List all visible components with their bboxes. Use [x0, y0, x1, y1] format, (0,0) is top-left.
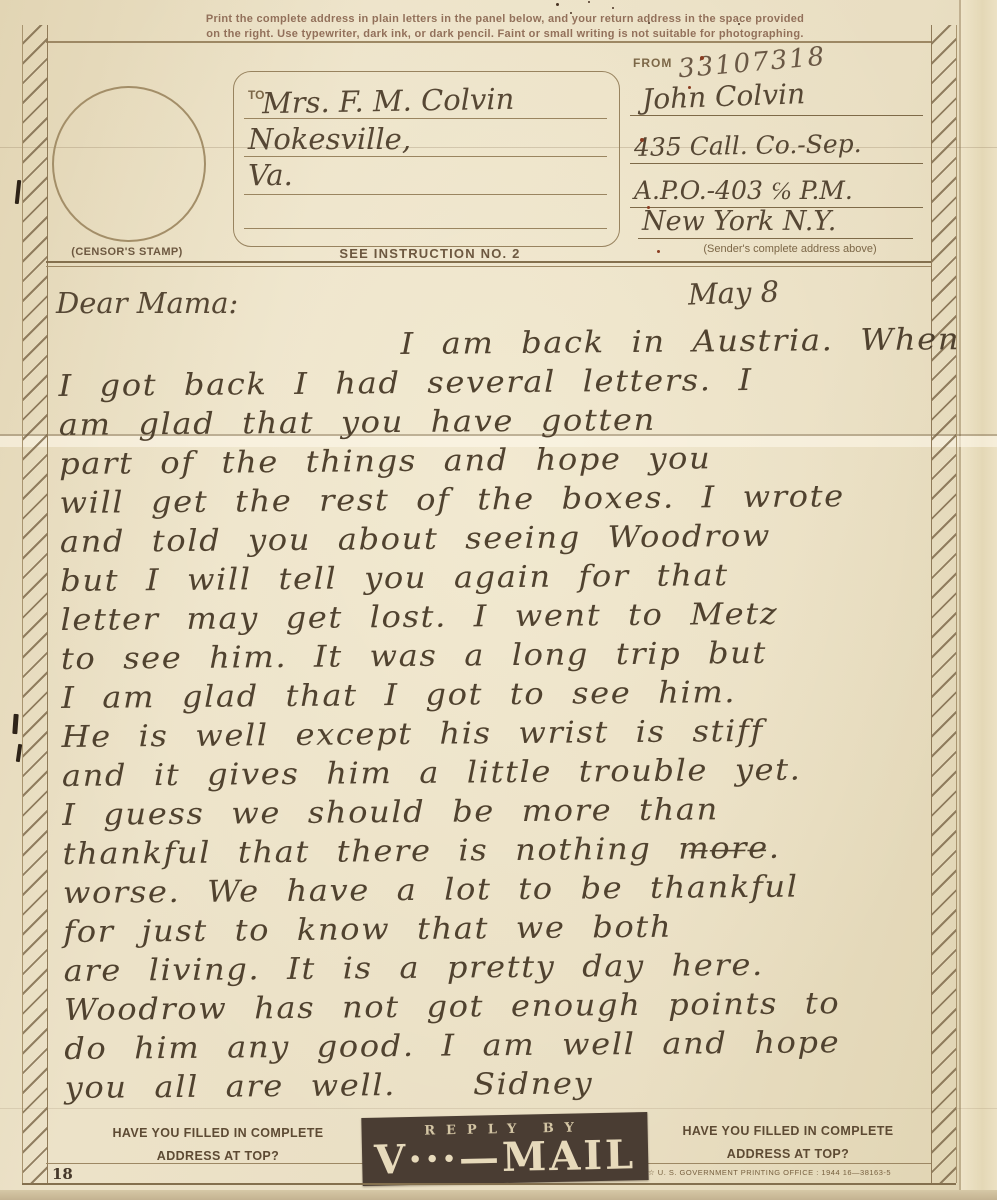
- top-instructions-line1: Print the complete address in plain lett…: [150, 12, 860, 27]
- footer-question-right: HAVE YOU FILLED IN COMPLETE ADDRESS AT T…: [648, 1120, 928, 1166]
- stain: [688, 86, 691, 89]
- from-city: New York N.Y.: [642, 206, 836, 237]
- footer-question-right-line2: ADDRESS AT TOP?: [648, 1143, 928, 1166]
- stain: [570, 12, 572, 14]
- paper-bottom-edge: [0, 1190, 997, 1200]
- letter-date: May 8: [687, 274, 779, 311]
- letter-salutation: Dear Mama:: [56, 286, 238, 320]
- bottom-border-rule: [22, 1183, 956, 1185]
- stain: [700, 56, 704, 60]
- from-caption: (Sender's complete address above): [660, 243, 920, 255]
- address-section-separator: [46, 261, 931, 263]
- from-rule-1: [630, 115, 923, 116]
- stain: [738, 23, 740, 25]
- to-rule-4: [244, 228, 607, 229]
- to-address-name: Mrs. F. M. Colvin: [262, 82, 515, 120]
- see-instruction-label: SEE INSTRUCTION NO. 2: [270, 246, 590, 261]
- from-unit: 435 Call. Co.-Sep.: [634, 129, 862, 162]
- letter-body: I am back in Austria. WhenI got back I h…: [58, 321, 921, 1108]
- censor-stamp-circle: [52, 86, 206, 242]
- vmail-banner-logo: V···—MAIL: [362, 1134, 649, 1182]
- to-rule-3: [244, 194, 607, 195]
- from-name: John Colvin: [641, 77, 805, 116]
- page-number: 18: [52, 1165, 73, 1183]
- paper-right-edge: [961, 0, 997, 1200]
- top-instructions-line2: on the right. Use typewriter, dark ink, …: [150, 27, 860, 42]
- letter-line: worse. We have a lot to be thankful: [63, 867, 919, 913]
- letter-signature: Sidney: [473, 1064, 594, 1104]
- footer-question-right-line1: HAVE YOU FILLED IN COMPLETE: [648, 1120, 928, 1143]
- footer-question-left-line1: HAVE YOU FILLED IN COMPLETE: [78, 1122, 358, 1145]
- stain: [657, 250, 660, 253]
- stain: [556, 3, 559, 6]
- letter-closing-text: you all are well.: [64, 1066, 396, 1108]
- print-office-note: ☆ U. S. GOVERNMENT PRINTING OFFICE : 194…: [648, 1168, 960, 1177]
- from-rule-4: [638, 238, 913, 239]
- address-section-separator-2: [46, 266, 931, 267]
- footer-question-left: HAVE YOU FILLED IN COMPLETE ADDRESS AT T…: [78, 1122, 358, 1168]
- top-instructions: Print the complete address in plain lett…: [150, 12, 860, 42]
- censor-stamp-label: (CENSOR'S STAMP): [38, 246, 216, 258]
- letter-line: will get the rest of the boxes. I wrote: [59, 477, 915, 523]
- letter-line: I am back in Austria. When: [400, 321, 914, 364]
- paper-right-edge-line: [959, 0, 961, 1200]
- footer-question-left-line2: ADDRESS AT TOP?: [78, 1145, 358, 1168]
- letter-line: and it gives him a little trouble yet.: [62, 750, 918, 796]
- stain: [640, 138, 644, 142]
- left-hatched-border: [22, 25, 48, 1183]
- from-label: FROM: [633, 56, 672, 70]
- right-hatched-border: [931, 25, 957, 1183]
- fold-crease-bottom: [0, 1108, 997, 1109]
- letter-closing-row: you all are well. Sidney: [64, 1062, 920, 1108]
- stain: [612, 7, 614, 9]
- staple-mark: [12, 714, 18, 734]
- from-rule-2: [630, 163, 923, 164]
- from-apo: A.P.O.-403 ℅ P.M.: [634, 176, 853, 206]
- to-address-state: Va.: [248, 158, 293, 192]
- to-rule-2: [244, 156, 607, 157]
- to-address-city: Nokesville,: [248, 122, 411, 156]
- staple-mark: [15, 180, 21, 204]
- stain: [647, 206, 650, 209]
- vmail-letter-page: Print the complete address in plain lett…: [0, 0, 997, 1200]
- top-border-rule: [46, 41, 932, 43]
- stain: [588, 1, 590, 3]
- vmail-banner: REPLY BY V···—MAIL: [361, 1112, 648, 1186]
- letter-line: do him any good. I am well and hope: [64, 1023, 920, 1069]
- stain: [648, 22, 650, 24]
